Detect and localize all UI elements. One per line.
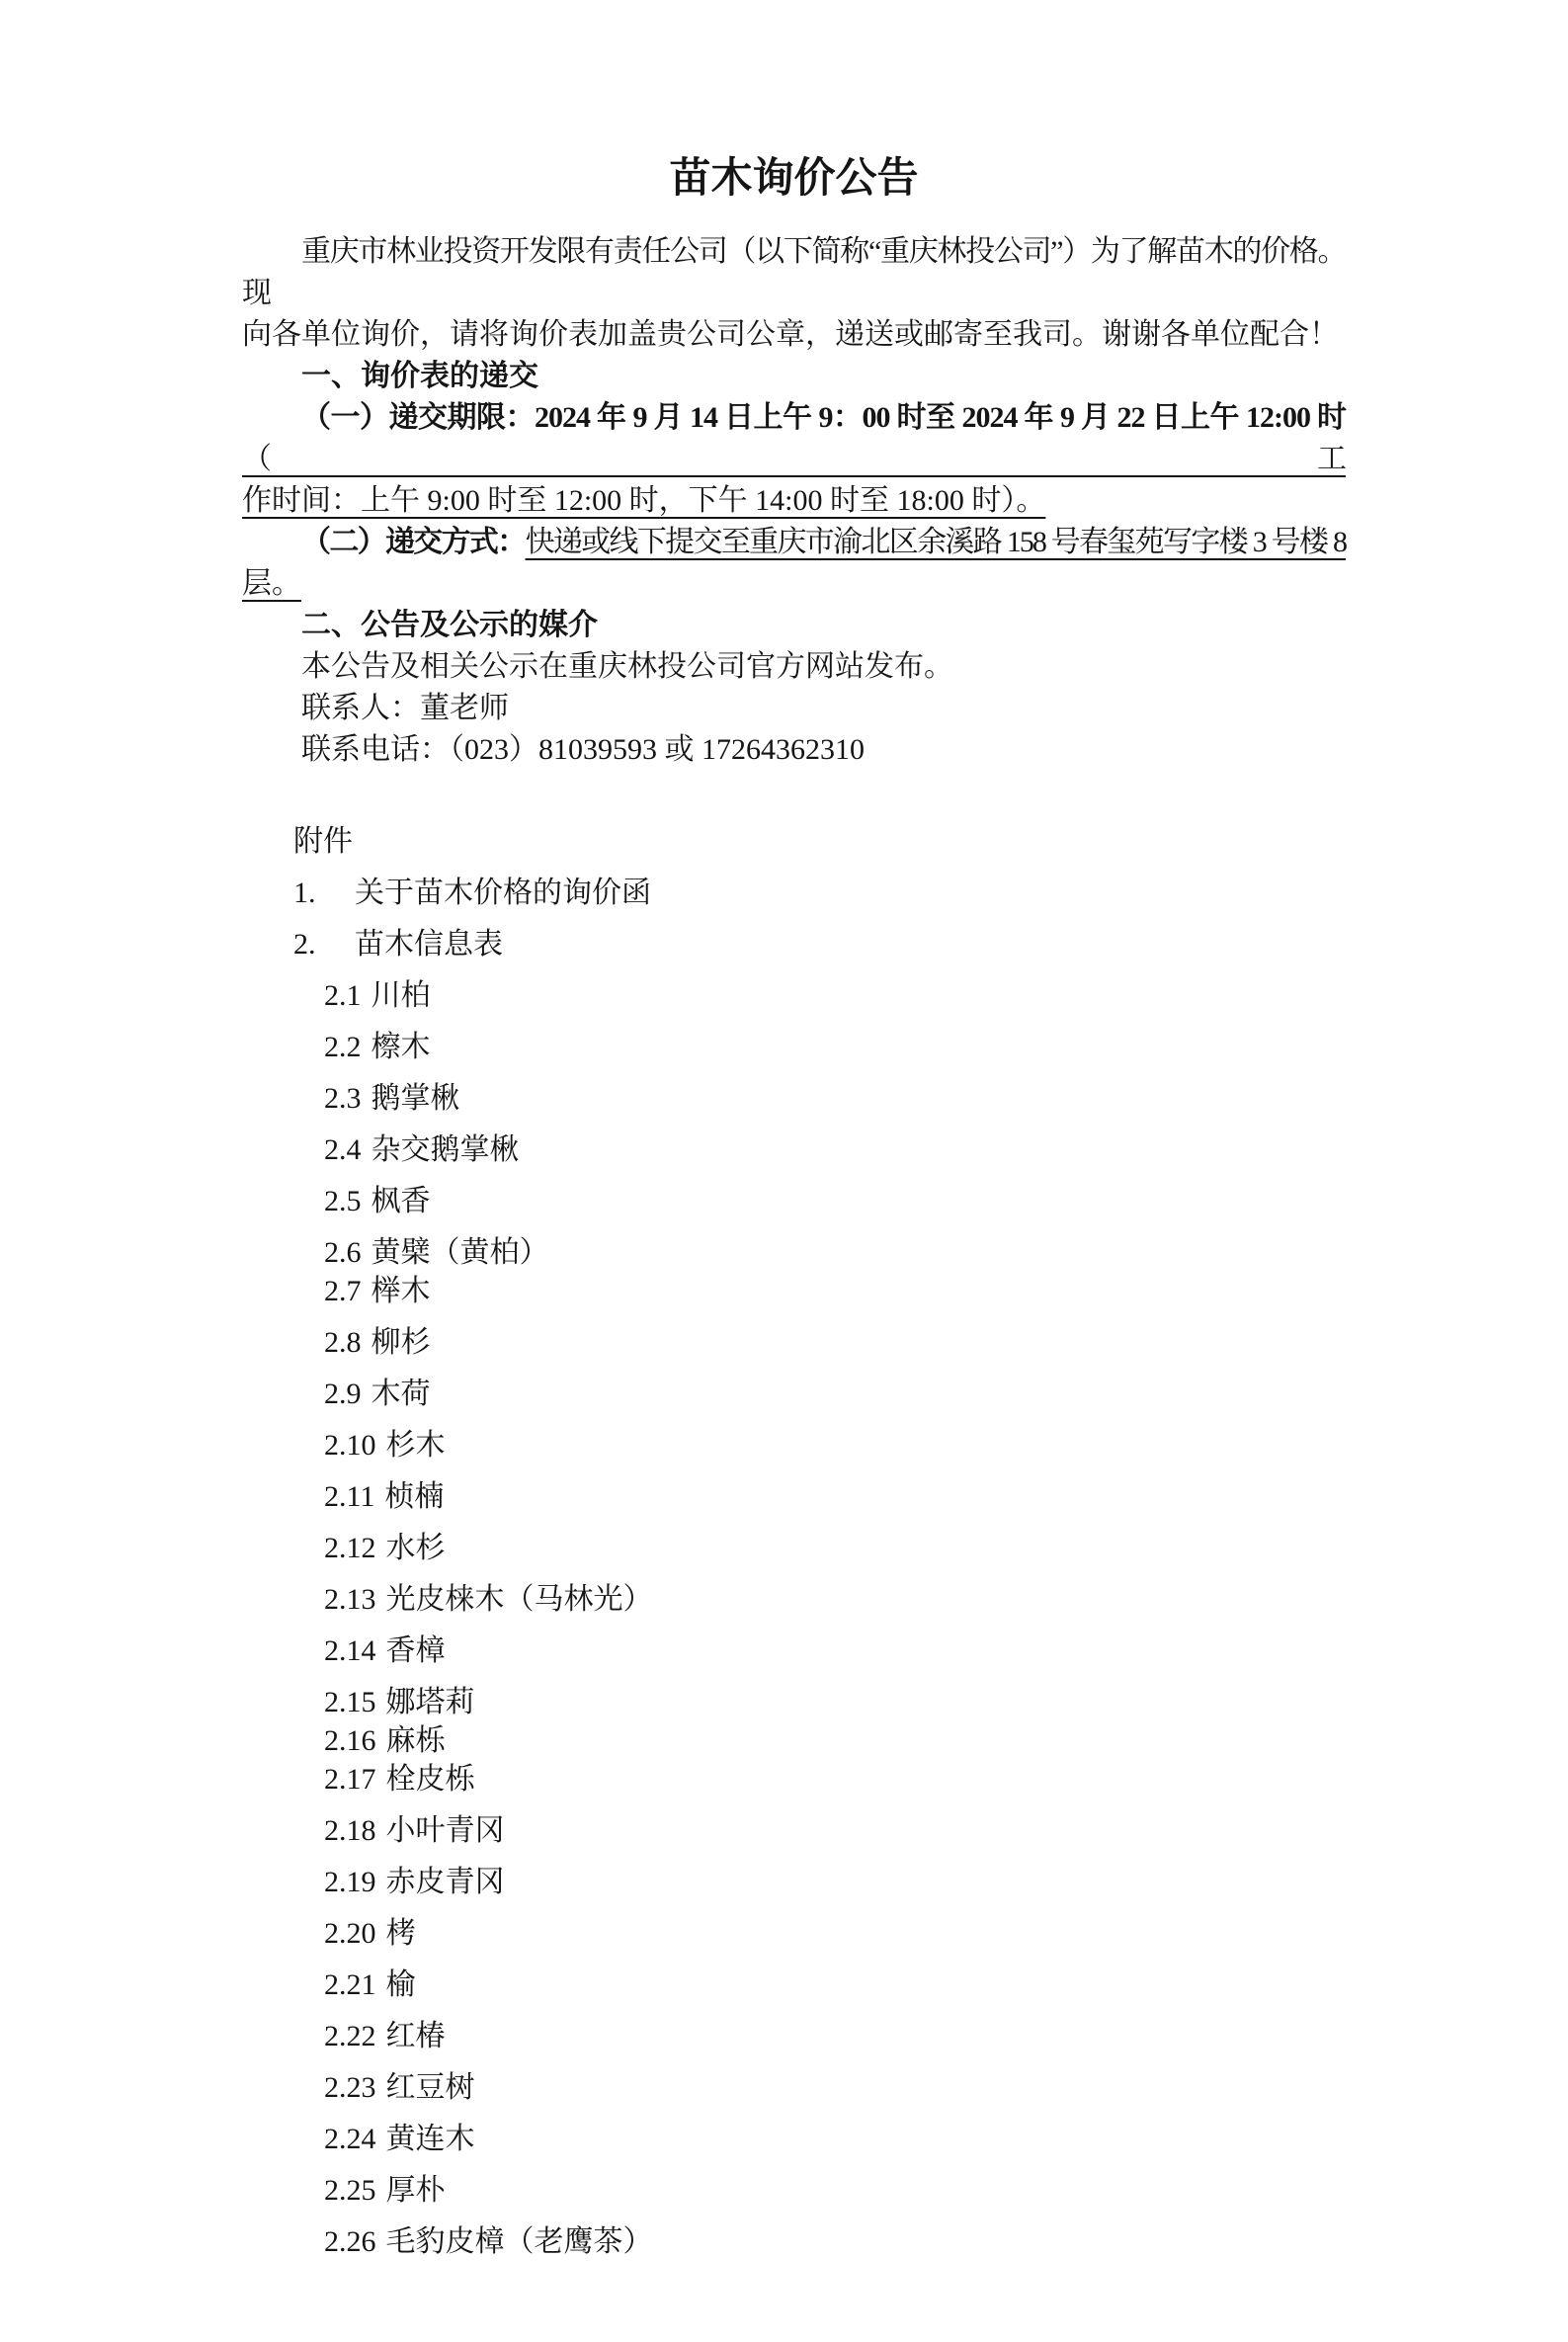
sub-item-name: 桢楠 <box>384 1480 444 1513</box>
sub-item-name: 黄檗（黄柏） <box>371 1236 549 1269</box>
sub-item-number: 2.16 <box>324 1724 376 1757</box>
sub-item-name: 红椿 <box>386 2020 446 2052</box>
contact-person: 联系人：董老师 <box>242 688 1346 729</box>
document-content: 苗木询价公告 重庆市林业投资开发限有责任公司（以下简称“重庆林投公司”）为了解苗… <box>0 0 1568 2258</box>
sub-item-number: 2.11 <box>324 1480 374 1513</box>
sub-item-name: 榉木 <box>371 1275 431 1307</box>
sub-item-name: 黄连木 <box>386 2123 475 2155</box>
sub-item-number: 2.26 <box>324 2225 376 2258</box>
sub-item-name: 鹅掌楸 <box>371 1082 460 1115</box>
attachment-sub-item: 2.17栓皮栎 <box>324 1764 1346 1796</box>
sub-item-number: 2.3 <box>324 1082 362 1115</box>
delivery-address-underline: 快递或线下提交至重庆市渝北区余溪路 158 号春玺苑写字楼 3 号楼 8 <box>526 526 1346 558</box>
sub-item-number: 2.5 <box>324 1185 362 1217</box>
sub-item-name: 厚朴 <box>386 2174 446 2207</box>
attachment-sub-item: 2.24黄连木 <box>324 2124 1346 2155</box>
sub-item-number: 2.1 <box>324 979 362 1012</box>
attachment-sub-item: 2.10杉木 <box>324 1430 1346 1462</box>
document-title: 苗木询价公告 <box>242 154 1346 204</box>
sub-item-number: 2.2 <box>324 1031 362 1063</box>
attachment-item-number: 1. <box>293 878 355 909</box>
section1-item2-line1: （二）递交方式：快递或线下提交至重庆市渝北区余溪路 158 号春玺苑写字楼 3 … <box>242 522 1346 563</box>
deadline-bold-text: （一）递交期限：2024 年 9 月 14 日上午 9：00 时至 2024 年… <box>301 401 1346 434</box>
sub-item-number: 2.18 <box>324 1814 376 1847</box>
attachment-sub-item: 2.22红椿 <box>324 2021 1346 2052</box>
delivery-address-underline-tail: 层。 <box>242 567 301 600</box>
delivery-method-label: （二）递交方式： <box>301 526 526 558</box>
attachment-sub-item: 2.6黄檗（黄柏） <box>324 1237 1346 1269</box>
section1-item1-line1: （一）递交期限：2024 年 9 月 14 日上午 9：00 时至 2024 年… <box>242 397 1346 480</box>
attachment-sub-item: 2.13光皮梾木（马林光） <box>324 1584 1346 1616</box>
attachment-sub-item: 2.2檫木 <box>324 1032 1346 1063</box>
attachment-sub-item: 2.3鹅掌楸 <box>324 1083 1346 1115</box>
attachment-sub-item: 2.21榆 <box>324 1969 1346 2001</box>
sub-item-number: 2.21 <box>324 1968 376 2001</box>
attachment-sub-item: 2.25厚朴 <box>324 2175 1346 2207</box>
sub-item-name: 枫香 <box>371 1185 431 1217</box>
section1-heading: 一、询价表的递交 <box>242 356 1346 397</box>
sub-item-name: 柳杉 <box>371 1326 431 1359</box>
sub-item-name: 栓皮栎 <box>386 1763 475 1796</box>
sub-item-number: 2.25 <box>324 2174 376 2207</box>
sub-item-name: 川柏 <box>371 979 431 1012</box>
sub-item-number: 2.6 <box>324 1236 362 1269</box>
contact-phone: 联系电话：（023）81039593 或 17264362310 <box>242 729 1346 771</box>
sub-item-number: 2.7 <box>324 1275 362 1307</box>
attachment-sub-item: 2.11桢楠 <box>324 1481 1346 1513</box>
sub-item-name: 木荷 <box>371 1378 431 1410</box>
sub-item-name: 榆 <box>386 1968 416 2001</box>
attachment-sub-item: 2.19赤皮青冈 <box>324 1867 1346 1898</box>
sub-item-number: 2.4 <box>324 1133 362 1166</box>
attachment-sub-item: 2.18小叶青冈 <box>324 1815 1346 1847</box>
sub-item-name: 毛豹皮樟（老鹰茶） <box>386 2225 653 2258</box>
attachment-sub-item: 2.9木荷 <box>324 1379 1346 1410</box>
attachment-sub-item: 2.20栲 <box>324 1918 1346 1950</box>
sub-item-name: 娜塔莉 <box>386 1686 475 1718</box>
sub-item-name: 光皮梾木（马林光） <box>386 1583 653 1616</box>
sub-item-name: 香樟 <box>386 1634 446 1667</box>
sub-item-number: 2.17 <box>324 1763 376 1796</box>
attachment-sub-item: 2.1川柏 <box>324 980 1346 1012</box>
document-page: 苗木询价公告 重庆市林业投资开发限有责任公司（以下简称“重庆林投公司”）为了解苗… <box>0 0 1568 2342</box>
attachment-sub-item: 2.4杂交鹅掌楸 <box>324 1134 1346 1166</box>
sub-item-number: 2.24 <box>324 2123 376 2155</box>
attachment-sub-item: 2.15娜塔莉 <box>324 1687 1346 1718</box>
sub-item-name: 红豆树 <box>386 2071 475 2104</box>
attachment-item: 1.关于苗木价格的询价函 <box>293 878 1346 909</box>
section2-body: 本公告及相关公示在重庆林投公司官方网站发布。 <box>242 646 1346 688</box>
sub-item-name: 栲 <box>386 1917 416 1950</box>
attachment-sub-item: 2.16麻栎 <box>324 1725 1346 1757</box>
section1-item2-line2: 层。 <box>242 563 1346 605</box>
sub-item-number: 2.19 <box>324 1866 376 1898</box>
attachment-sub-item: 2.5枫香 <box>324 1186 1346 1217</box>
sub-item-name: 水杉 <box>386 1532 446 1564</box>
sub-item-number: 2.20 <box>324 1917 376 1950</box>
sub-item-number: 2.23 <box>324 2071 376 2104</box>
attachment-sub-item: 2.26毛豹皮樟（老鹰茶） <box>324 2226 1346 2258</box>
sub-item-number: 2.9 <box>324 1378 362 1410</box>
intro-paragraph-line-2: 向各单位询价，请将询价表加盖贵公司公章，递送或邮寄至我司。谢谢各单位配合！ <box>242 314 1346 356</box>
sub-item-number: 2.15 <box>324 1686 376 1718</box>
sub-item-name: 杂交鹅掌楸 <box>371 1133 520 1166</box>
attachment-item-number: 2. <box>293 929 355 961</box>
deadline-underline-start: （工 <box>242 443 1346 475</box>
sub-item-number: 2.10 <box>324 1429 376 1462</box>
sub-item-name: 杉木 <box>386 1429 446 1462</box>
attachment-sub-item: 2.7榉木 <box>324 1276 1346 1307</box>
attachment-item-text: 关于苗木价格的询价函 <box>355 877 651 909</box>
attachment-sub-item: 2.8柳杉 <box>324 1327 1346 1359</box>
attachment-sub-item: 2.23红豆树 <box>324 2072 1346 2104</box>
sub-item-name: 檫木 <box>371 1031 431 1063</box>
sub-item-number: 2.8 <box>324 1326 362 1359</box>
attachment-item: 2.苗木信息表 <box>293 929 1346 961</box>
attachment-sub-item: 2.14香樟 <box>324 1635 1346 1667</box>
sub-item-number: 2.14 <box>324 1634 376 1667</box>
attachments-label: 附件 <box>293 826 1346 858</box>
sub-item-number: 2.22 <box>324 2020 376 2052</box>
sub-item-name: 小叶青冈 <box>386 1814 505 1847</box>
working-hours-underline: 作时间：上午 9:00 时至 12:00 时，下午 14:00 时至 18:00… <box>242 484 1045 517</box>
section2-heading: 二、公告及公示的媒介 <box>242 605 1346 646</box>
sub-item-name: 麻栎 <box>386 1724 446 1757</box>
section1-item1-line2: 作时间：上午 9:00 时至 12:00 时，下午 14:00 时至 18:00… <box>242 480 1346 522</box>
sub-item-number: 2.13 <box>324 1583 376 1616</box>
attachment-sub-item: 2.12水杉 <box>324 1533 1346 1564</box>
sub-item-number: 2.12 <box>324 1532 376 1564</box>
sub-item-name: 赤皮青冈 <box>386 1866 505 1898</box>
intro-paragraph-line-1: 重庆市林业投资开发限有责任公司（以下简称“重庆林投公司”）为了解苗木的价格。现 <box>242 231 1346 314</box>
attachment-item-text: 苗木信息表 <box>355 928 503 961</box>
